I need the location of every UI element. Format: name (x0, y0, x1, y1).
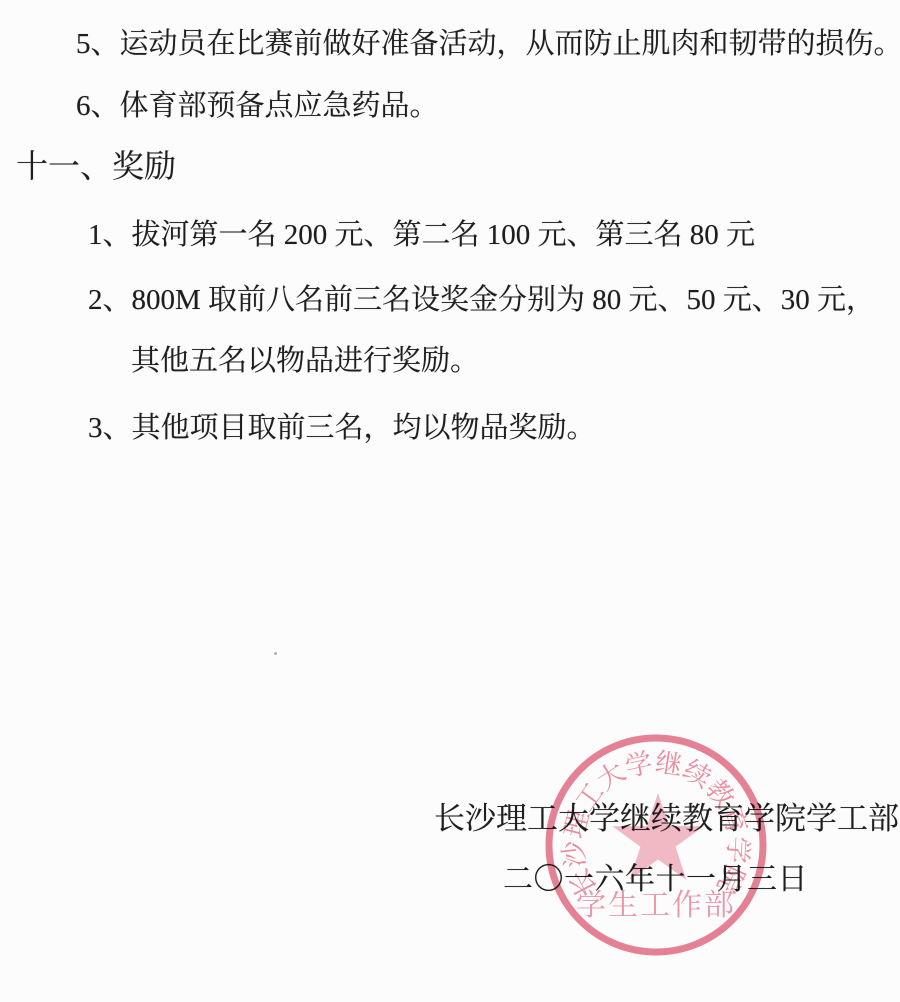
award-item-1: 1、拔河第一名 200 元、第二名 100 元、第三名 80 元 (88, 219, 755, 252)
official-seal-stamp: 长沙理工大学继续教育学院 学生工作部 (536, 725, 776, 965)
scan-speck (274, 652, 277, 655)
list-item-5: 5、运动员在比赛前做好准备活动，从而防止肌肉和韧带的损伤。 (76, 28, 900, 61)
signature-line: 长沙理工大学继续教育学院学工部 (434, 801, 899, 837)
seal-ring (549, 738, 763, 952)
award-item-2-line1: 2、800M 取前八名前三名设奖金分别为 80 元、50 元、30 元， (88, 284, 875, 317)
award-item-2-line2: 其他五名以物品进行奖励。 (131, 345, 479, 378)
date-line: 二〇一六年十一月三日 (503, 863, 808, 898)
award-item-3: 3、其他项目取前三名，均以物品奖励。 (88, 412, 596, 445)
document-page: 5、运动员在比赛前做好准备活动，从而防止肌肉和韧带的损伤。 6、体育部预备点应急… (0, 0, 900, 1002)
section-heading-awards: 十一、奖励 (16, 148, 176, 185)
list-item-6: 6、体育部预备点应急药品。 (76, 90, 439, 123)
